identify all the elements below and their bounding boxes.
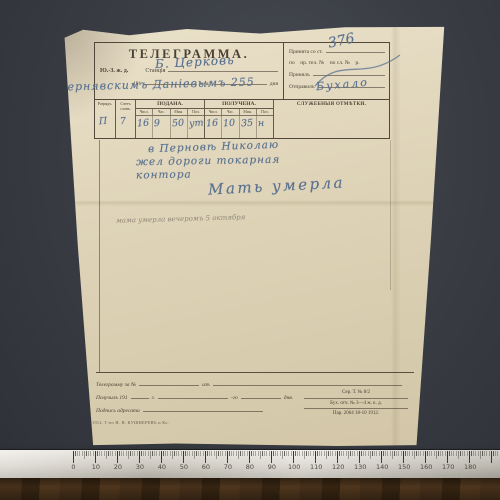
received-date: 16 (206, 118, 219, 130)
ruler-number: 70 (224, 463, 232, 471)
ruler-number: 80 (246, 463, 254, 471)
ruler-number: 120 (332, 463, 344, 471)
message-line-1: в Перновѣ Николаю (148, 139, 280, 156)
ruler-number: 0 (71, 463, 75, 471)
ruler-number: 150 (398, 463, 410, 471)
subcol-date: Числ. (136, 109, 153, 115)
subcol-minute: Мин. (171, 109, 188, 115)
message-area-left-rule (99, 140, 100, 372)
received-month-fill (158, 392, 228, 399)
submitted-date: 16 (137, 118, 150, 130)
ruler-number: 50 (180, 463, 188, 471)
submitted-header: ПОДАНА. (136, 100, 204, 109)
telegram-document: ТЕЛЕГРАММА. Ю.-З. ж. д. Станція 191 м-ца… (60, 26, 445, 446)
submitted-half: ут (188, 118, 203, 130)
receipt-no-fill (139, 379, 199, 386)
ruler-number: 130 (354, 463, 366, 471)
sent-by-label: Отправилъ (289, 82, 315, 93)
word-count-column: Счетъ словъ. 7 (116, 100, 136, 138)
ruler-number: 60 (202, 463, 210, 471)
form-table: Разрядъ. П Счетъ словъ. 7 ПОДАНА. Числ. … (95, 99, 389, 138)
message-line-3: контора (136, 169, 192, 182)
accepted-by-label: Принялъ (289, 70, 310, 81)
subcol-minute: Мин. (240, 109, 257, 115)
received-minute: 35 (240, 118, 253, 130)
received-day-fill (241, 392, 281, 399)
ruler-number: 10 (92, 463, 100, 471)
received-go-label: -го (231, 395, 238, 401)
ruler-number: 160 (420, 463, 432, 471)
ruler-number: 140 (376, 463, 388, 471)
received-half: н (257, 118, 264, 129)
service-marks-column: СЛУЖЕБНЫЯ ОТМѢТКИ. (274, 100, 389, 138)
ruler-number: 100 (288, 463, 300, 471)
word-count-value-handwritten: 7 (120, 116, 127, 127)
ruler-number: 110 (310, 463, 322, 471)
submitted-minute: 50 (171, 118, 184, 130)
submitted-hour: 9 (154, 118, 161, 129)
ruler-number: 30 (136, 463, 144, 471)
receipt-number-line: Телеграмму за № изъ (96, 379, 402, 388)
subcol-hour: Час. (222, 109, 239, 115)
wooden-table-surface (0, 478, 500, 500)
signature-label: Подпись адресата (96, 408, 140, 414)
received-values: 16 10 35 н (205, 116, 273, 138)
submitted-subheaders: Числ. Час. Мин. Пол. (136, 109, 204, 116)
service-marks-header: СЛУЖЕБНЫЯ ОТМѢТКИ. (274, 100, 389, 107)
received-column-group: ПОЛУЧЕНА. Числ. Час. Мин. Пол. 16 10 35 … (205, 100, 274, 138)
series-line-2: Бух. отч. № 3—4 ж. к. д. (304, 400, 408, 410)
category-value-handwritten: П (99, 116, 108, 128)
received-subheaders: Числ. Час. Мин. Пол. (205, 109, 273, 116)
received-header: ПОЛУЧЕНА. (205, 100, 273, 109)
received-hour: 10 (223, 118, 236, 130)
series-block: Сер. Т. № 8/2 Бух. отч. № 3—4 ж. к. д. П… (304, 389, 408, 420)
measuring-ruler: 0102030405060708090100110120130140150160… (0, 449, 500, 479)
received-year-fill (131, 392, 149, 399)
subcol-date: Числ. (205, 109, 222, 115)
received-year-label: Получилъ 191 (96, 395, 128, 401)
category-column: Разрядъ. П (95, 100, 116, 138)
signature-fill (143, 405, 263, 412)
receipt-no-label: Телеграмму за № (96, 382, 136, 388)
word-count-header: Счетъ словъ. (116, 100, 135, 116)
ruler-number: 170 (442, 463, 454, 471)
footer-divider-rule (96, 372, 414, 373)
message-area-right-rule (390, 140, 391, 290)
submitted-column-group: ПОДАНА. Числ. Час. Мин. Пол. 16 9 50 ут (136, 100, 205, 138)
series-line-1: Сер. Т. № 8/2 (304, 389, 408, 399)
ruler-numbers: 0102030405060708090100110120130140150160… (0, 450, 500, 479)
subcol-half: Пол. (188, 109, 204, 115)
received-day-label: дня. (284, 395, 293, 401)
printer-imprint: 1912. Т-во И. Н. КУШНЕРЕВЪ и Ко. (92, 420, 169, 425)
pencil-note: мама умерла вечеромъ 5 октября (116, 213, 246, 224)
day-label: дня (270, 81, 278, 87)
message-line-2: жел дороги токарная (136, 154, 280, 169)
railway-label: Ю.-З. ж. д. (100, 68, 128, 74)
photo-scene: ТЕЛЕГРАММА. Ю.-З. ж. д. Станція 191 м-ца… (0, 0, 500, 500)
received-g-label: г. (152, 395, 155, 401)
ruler-number: 40 (158, 463, 166, 471)
receipt-from-fill (213, 379, 402, 386)
ruler-number: 180 (464, 463, 476, 471)
submitted-values: 16 9 50 ут (136, 116, 204, 138)
ruler-number: 90 (268, 463, 276, 471)
ruler-number: 20 (114, 463, 122, 471)
series-line-3: Пар. 2064 18-10 1912. (304, 410, 408, 419)
subcol-half: Пол. (257, 109, 273, 115)
subcol-hour: Час. (153, 109, 170, 115)
message-emphasis-line: Мать умерла (208, 173, 346, 198)
receipt-from-label: изъ (202, 382, 210, 388)
category-header: Разрядъ. (95, 100, 115, 116)
